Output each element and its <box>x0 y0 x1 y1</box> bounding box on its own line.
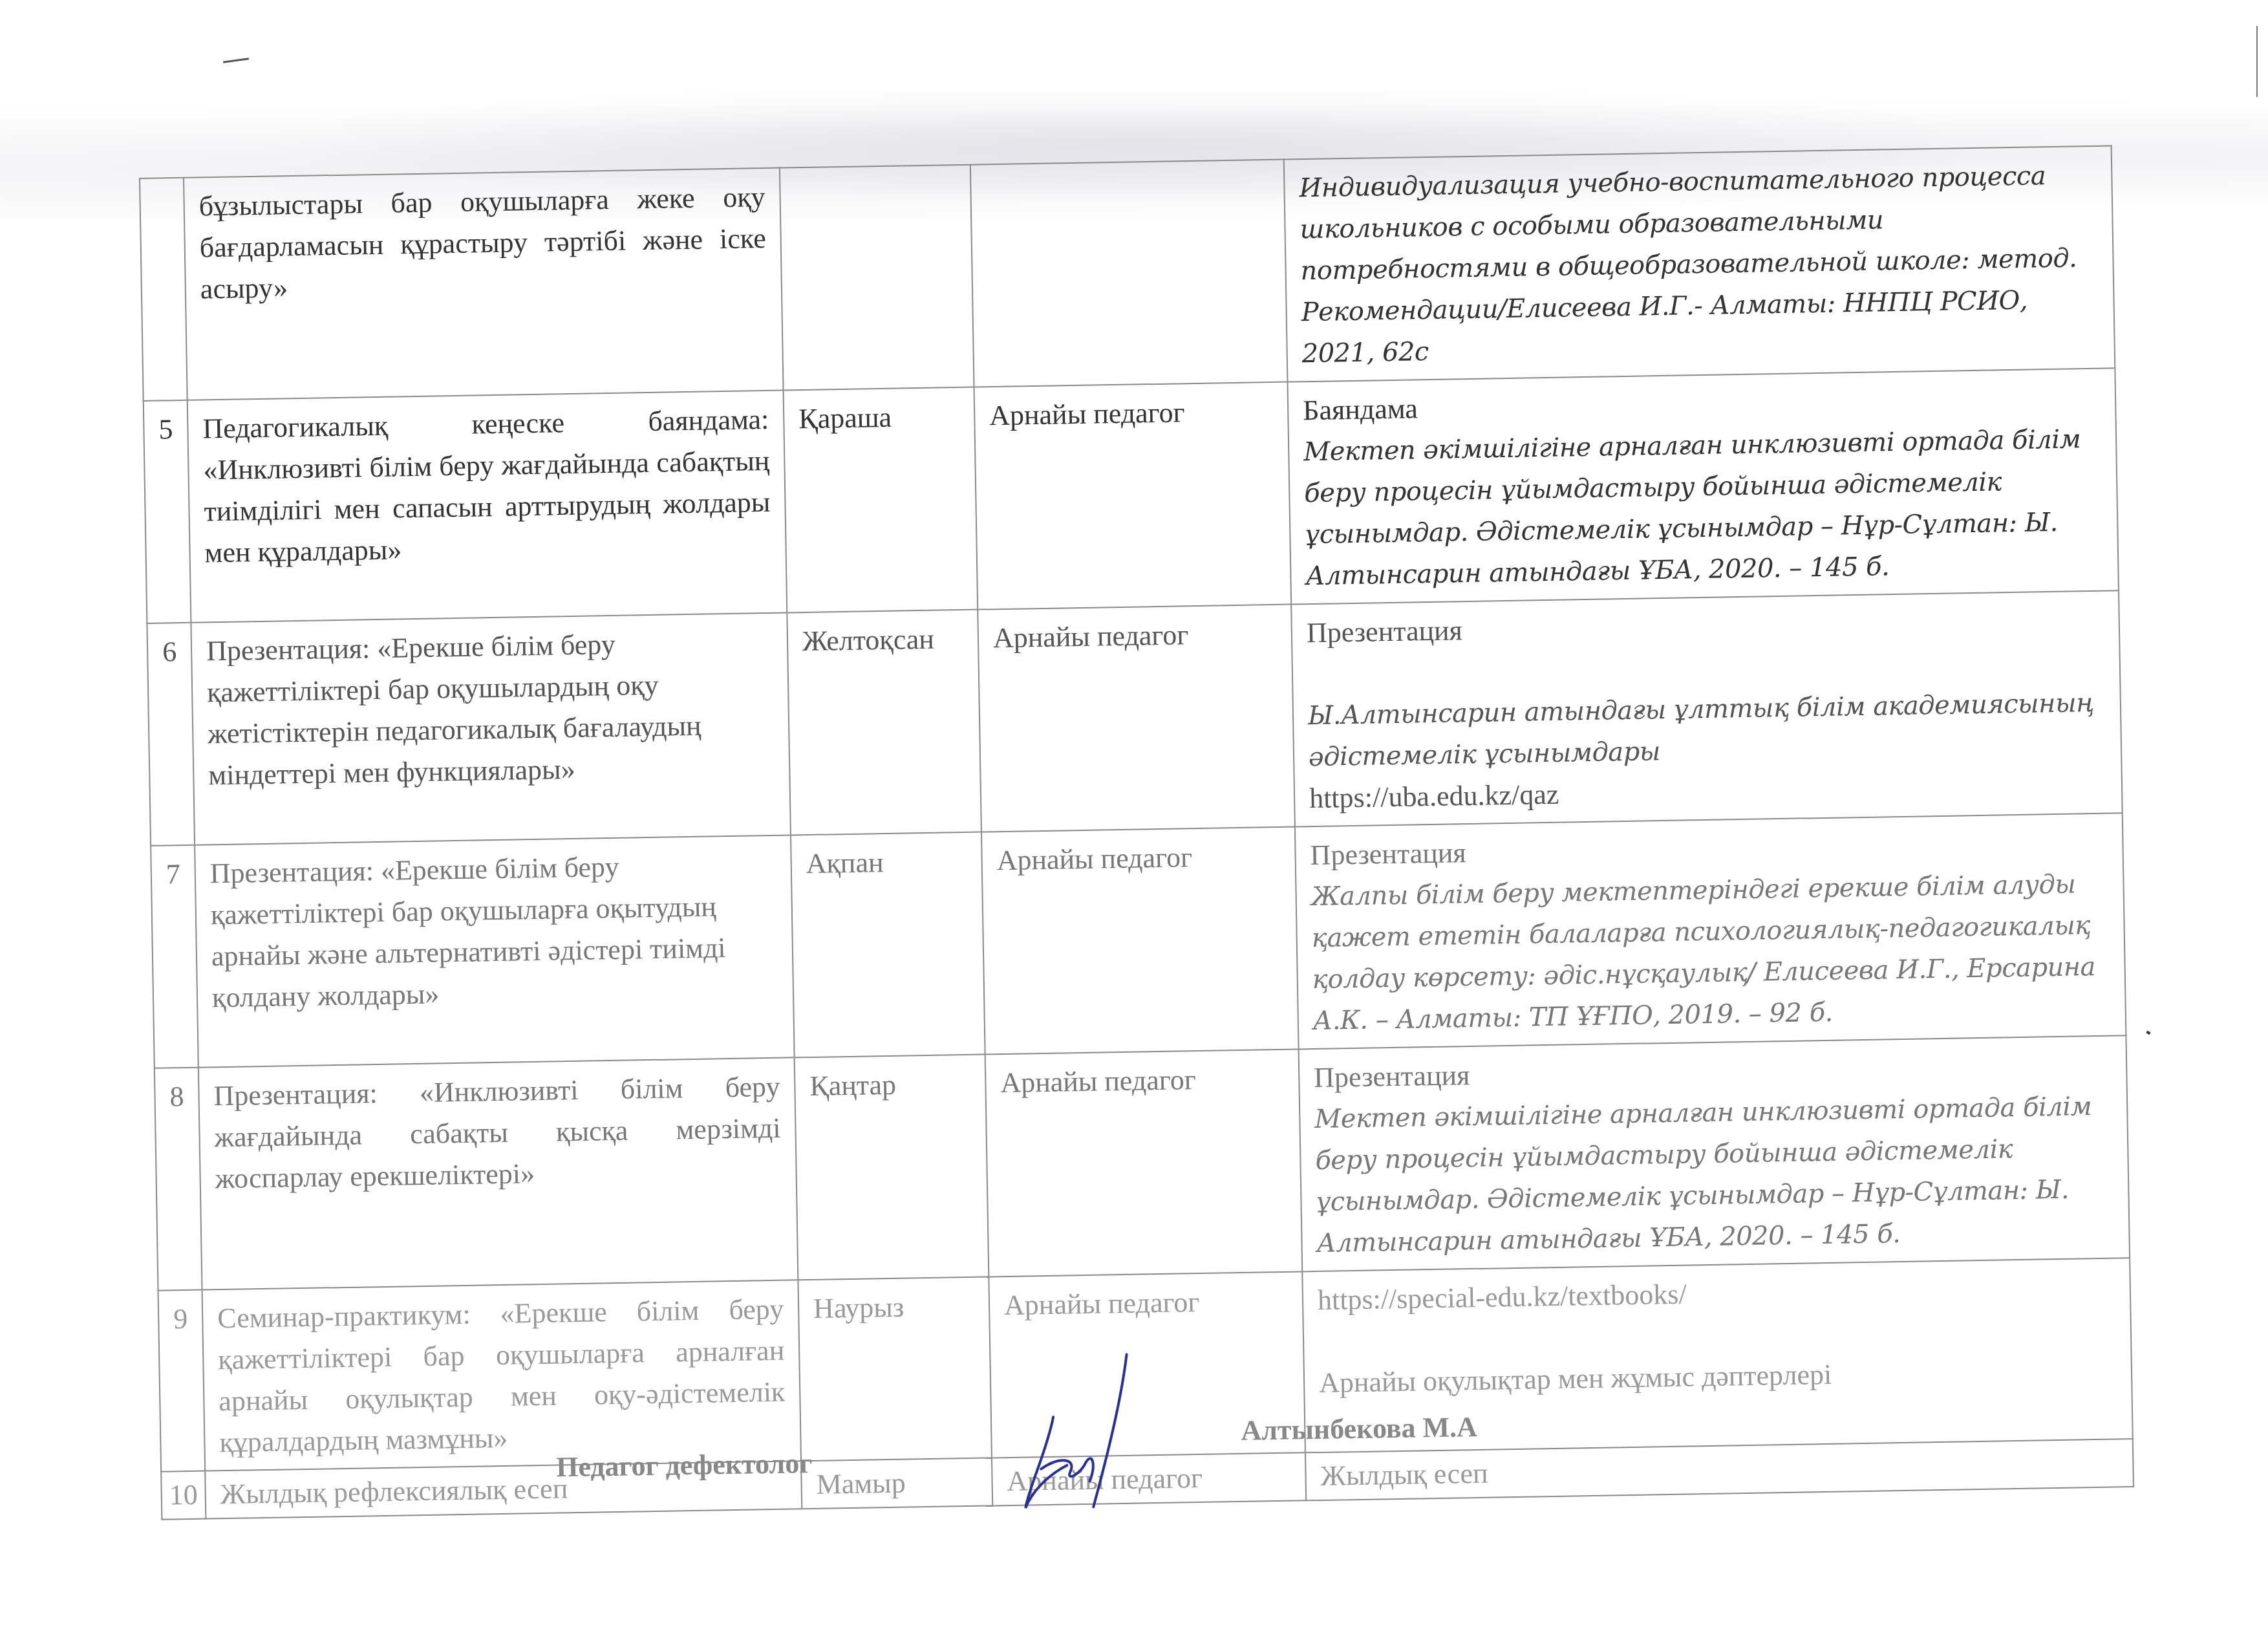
result-reference: Мектеп әкімшілігіне арналған инклюзивті … <box>1314 1086 2115 1264</box>
row-responsible: Арнайы педагог <box>978 605 1295 832</box>
row-number: 6 <box>147 623 195 846</box>
row-topic: бұзылыстары бар оқушыларға жеке оқу бағд… <box>184 168 784 400</box>
row-result: Индивидуализация учебно-воспитательного … <box>1284 145 2115 382</box>
plan-table-container: бұзылыстары бар оқушыларға жеке оқу бағд… <box>139 145 2133 1520</box>
row-number: 7 <box>151 845 198 1068</box>
result-reference: Индивидуализация учебно-воспитательного … <box>1299 155 2100 374</box>
row-month: Желтоқсан <box>787 610 981 835</box>
signature-role: Педагог дефектолог <box>556 1447 813 1483</box>
row-responsible <box>970 160 1288 387</box>
handwritten-signature-icon <box>1014 1351 1139 1521</box>
plan-table: бұзылыстары бар оқушыларға жеке оқу бағд… <box>139 145 2134 1520</box>
row-responsible: Арнайы педагог <box>985 1049 1303 1277</box>
row-number: 9 <box>158 1290 206 1472</box>
row-result: Презентация Мектеп әкімшілігіне арналған… <box>1299 1035 2130 1271</box>
row-result: Презентация Жалпы білім беру мектептерін… <box>1295 813 2126 1049</box>
scan-speck <box>2146 1031 2150 1035</box>
row-topic: Презентация: «Инклюзивті білім беру жағд… <box>198 1057 798 1289</box>
row-topic: Презентация: «Ерекше білім беру қажеттіл… <box>191 612 791 845</box>
row-topic: Презентация: «Ерекше білім беру қажеттіл… <box>195 835 795 1067</box>
row-result: Презентация Ы.Алтынсарин атындағы ұлттық… <box>1291 590 2123 826</box>
row-topic: Педагогикалық кеңеске баяндама: «Инклюзи… <box>187 391 787 623</box>
signature-name: Алтынбекова М.А <box>1241 1410 1477 1447</box>
table-row: 5 Педагогикалық кеңеске баяндама: «Инклю… <box>144 368 2119 623</box>
table-row: 7 Презентация: «Ерекше білім беру қажетт… <box>151 813 2126 1068</box>
row-month: Қаңтар <box>795 1054 989 1280</box>
row-number: 8 <box>155 1068 202 1291</box>
result-reference: Мектеп әкімшілігіне арналған инклюзивті … <box>1303 418 2104 597</box>
result-reference: Жалпы білім беру мектептеріндегі ерекше … <box>1311 863 2111 1042</box>
row-number: 5 <box>144 400 191 623</box>
page-edge <box>2256 26 2258 97</box>
table-row: 6 Презентация: «Ерекше білім беру қажетт… <box>147 590 2122 846</box>
result-reference: Ы.Алтынсарин атындағы ұлттық білім акаде… <box>1308 682 2107 778</box>
signature-block: Педагог дефектолог Алтынбекова М.А <box>555 1382 1656 1529</box>
row-number: 10 <box>161 1471 206 1520</box>
row-responsible: Арнайы педагог <box>974 382 1292 610</box>
row-month: Ақпан <box>791 832 985 1058</box>
table-row: 8 Презентация: «Инклюзивті білім беру жа… <box>155 1035 2130 1291</box>
scan-mark <box>223 58 249 63</box>
row-month: Қараша <box>784 387 978 613</box>
row-month <box>780 165 974 391</box>
row-number <box>140 178 187 401</box>
table-row: бұзылыстары бар оқушыларға жеке оқу бағд… <box>140 145 2115 401</box>
row-responsible: Арнайы педагог <box>981 826 1299 1054</box>
row-result: Баяндама Мектеп әкімшілігіне арналған ин… <box>1287 368 2119 604</box>
